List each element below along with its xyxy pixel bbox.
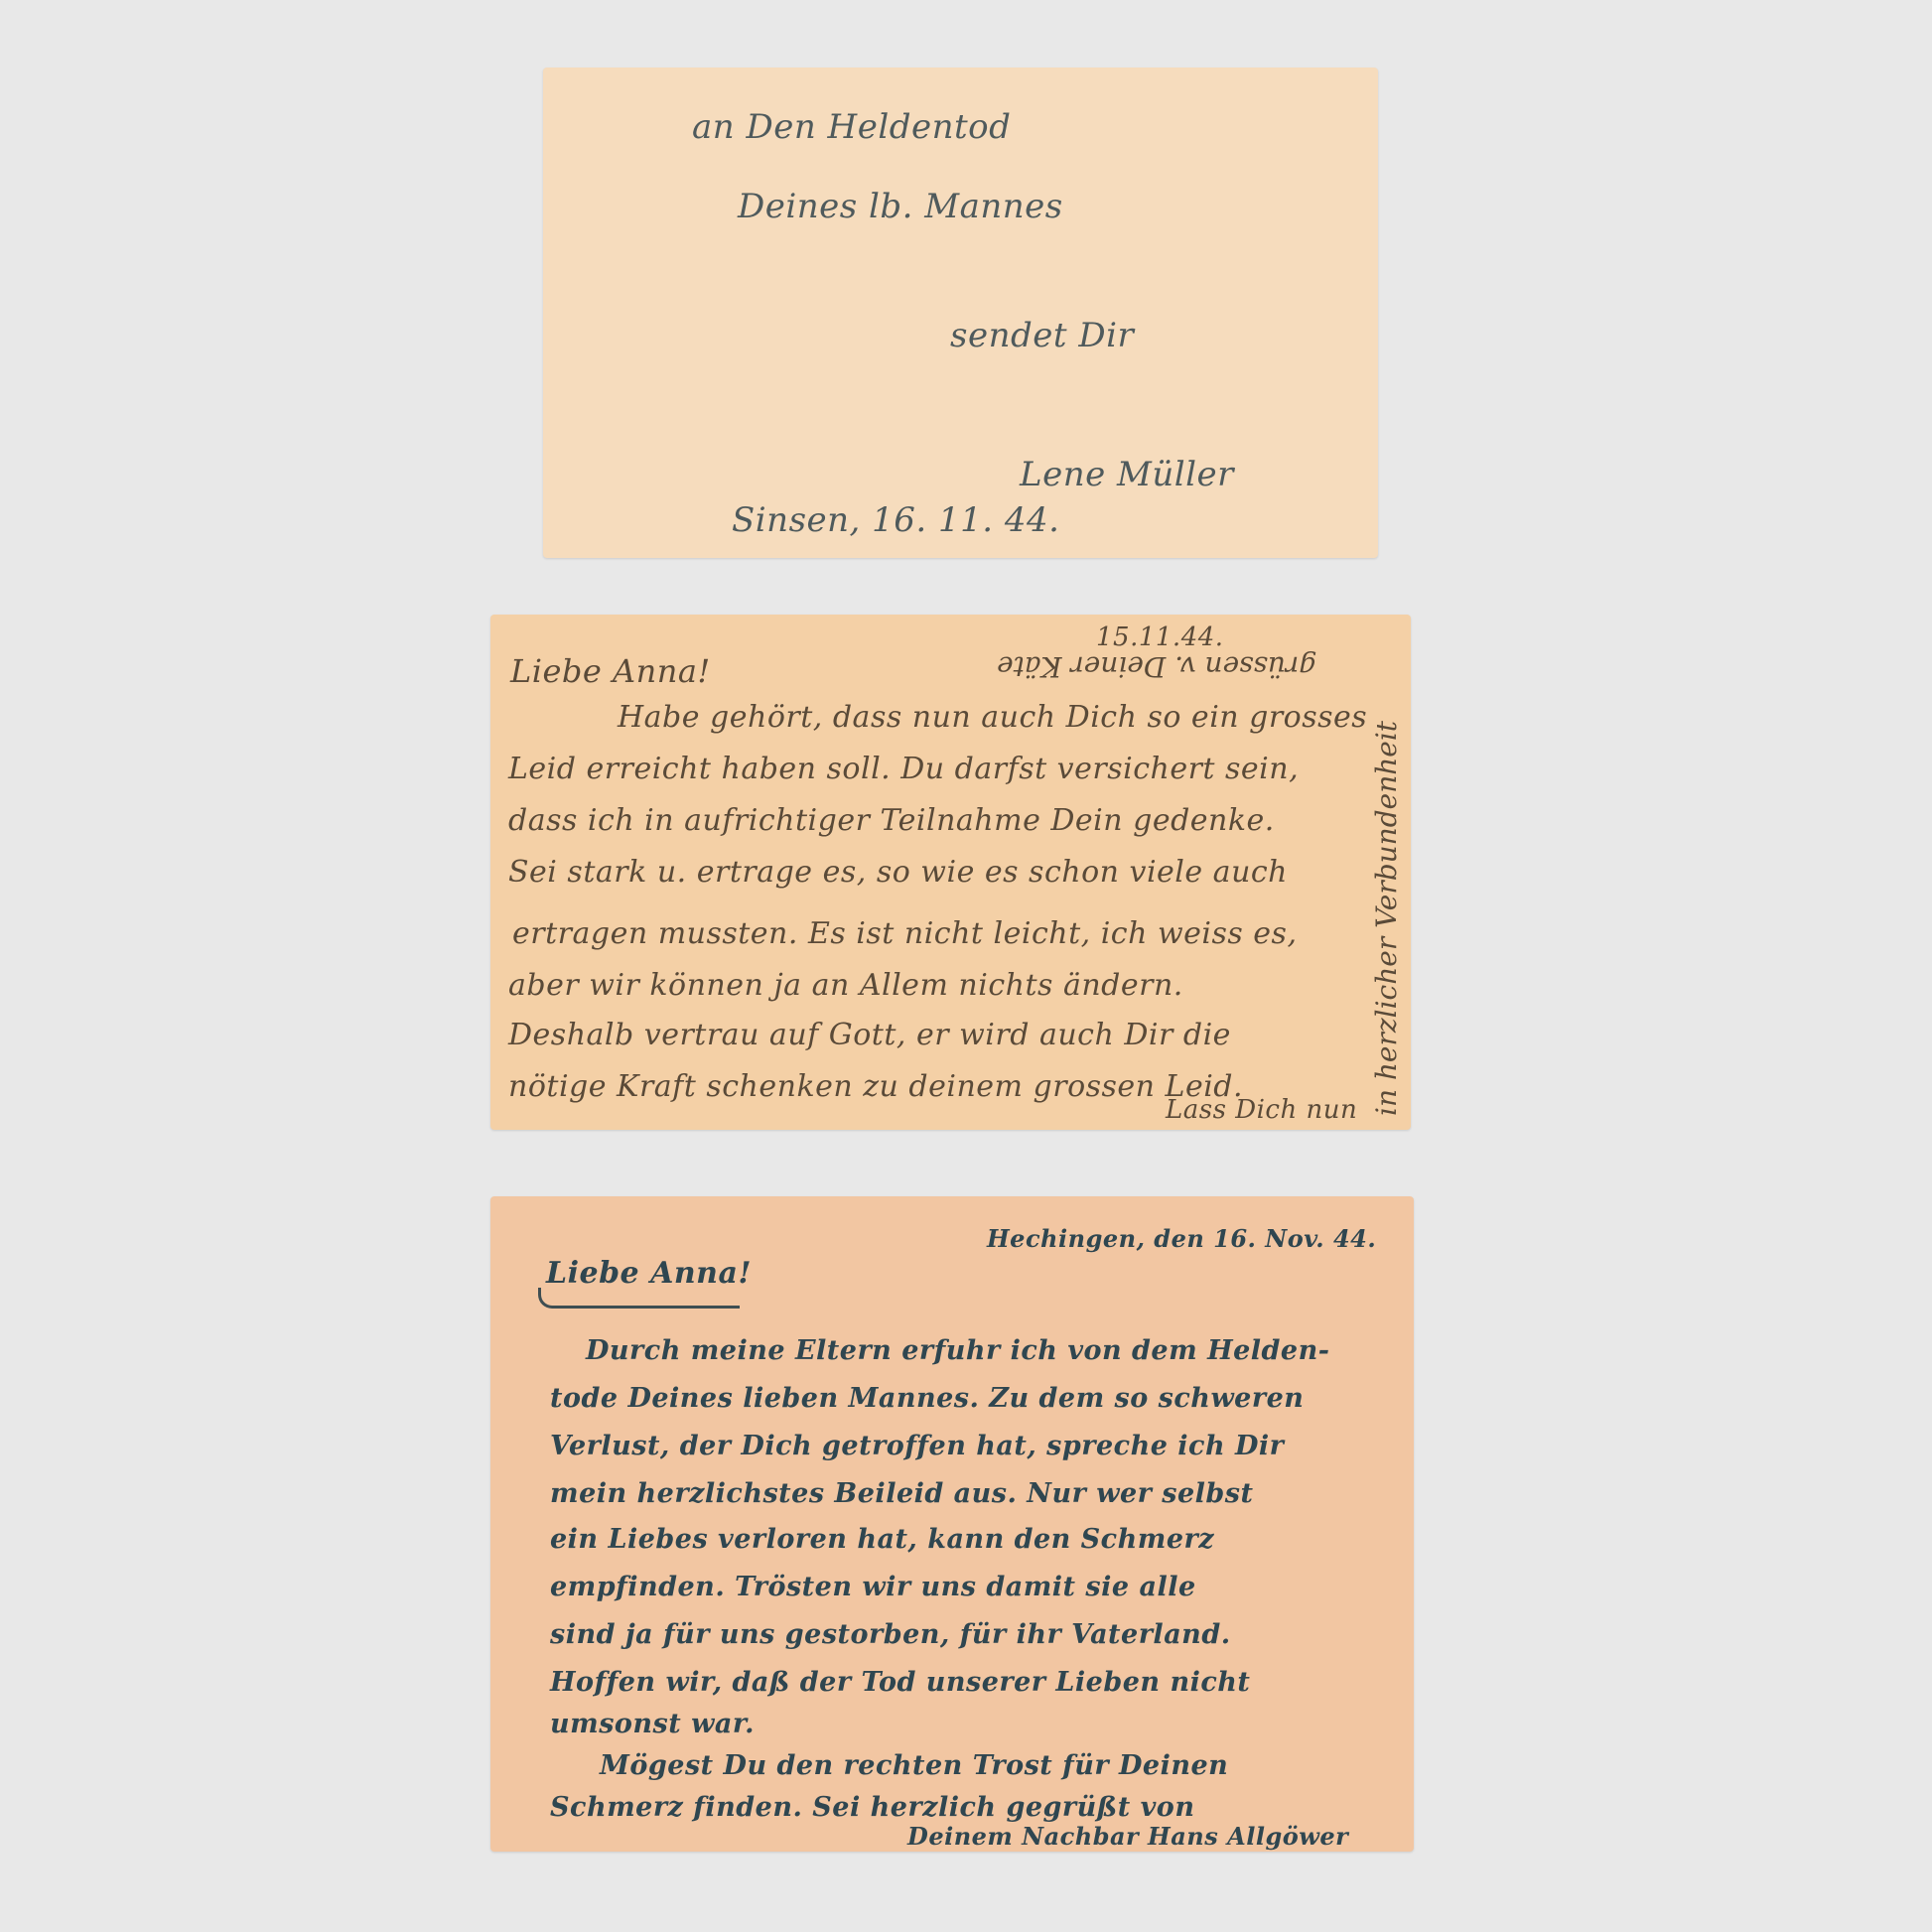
card3-signature: Deinem Nachbar Hans Allgöwer (907, 1822, 1348, 1851)
card2-body-line: Sei stark u. ertrage es, so wie es schon… (508, 855, 1288, 890)
card3-body-line: empfinden. Trösten wir uns damit sie all… (550, 1572, 1196, 1602)
card1-line: Deines lb. Mannes (738, 187, 1063, 226)
card2-greeting: Liebe Anna! (510, 652, 711, 690)
card2-upside-down-note: grüssen v. Deiner Käte (997, 650, 1316, 683)
card3-body-line: sind ja für uns gestorben, für ihr Vater… (550, 1619, 1231, 1650)
card2-body-line: ertragen mussten. Es ist nicht leicht, i… (512, 916, 1298, 951)
card2-date: 15.11.44. (1096, 622, 1224, 652)
card3-greeting: Liebe Anna! (546, 1256, 752, 1291)
condolence-card-3: Hechingen, den 16. Nov. 44. Liebe Anna! … (490, 1196, 1414, 1852)
card2-body-line: aber wir können ja an Allem nichts änder… (508, 968, 1183, 1003)
card2-body-line: dass ich in aufrichtiger Teilnahme Dein … (508, 803, 1275, 838)
card1-line: an Den Heldentod (692, 107, 1011, 147)
card3-body-line: Hoffen wir, daß der Tod unserer Lieben n… (550, 1667, 1250, 1698)
card3-body-line: Schmerz finden. Sei herzlich gegrüßt von (550, 1792, 1194, 1823)
card2-closing: Lass Dich nun (1166, 1095, 1357, 1125)
card3-body-line: tode Deines lieben Mannes. Zu dem so sch… (550, 1383, 1304, 1414)
card2-body-line: Habe gehört, dass nun auch Dich so ein g… (618, 700, 1367, 735)
card1-signature: Lene Müller (1020, 455, 1234, 494)
card1-place-date: Sinsen, 16. 11. 44. (732, 500, 1059, 540)
card3-body-line: Verlust, der Dich getroffen hat, spreche… (550, 1431, 1284, 1461)
condolence-card-2: Liebe Anna! 15.11.44. grüssen v. Deiner … (490, 615, 1411, 1130)
card2-body-line: nötige Kraft schenken zu deinem grossen … (508, 1069, 1243, 1104)
card3-body-line: Mögest Du den rechten Trost für Deinen (600, 1750, 1228, 1781)
card3-body-line: mein herzlichstes Beileid aus. Nur wer s… (550, 1478, 1253, 1509)
card3-body-line: ein Liebes verloren hat, kann den Schmer… (550, 1524, 1214, 1555)
card2-margin-note: in herzlicher Verbundenheit (1370, 721, 1403, 1116)
card3-body-line: Durch meine Eltern erfuhr ich von dem He… (586, 1335, 1329, 1366)
condolence-card-1: an Den Heldentod Deines lb. Mannes sende… (543, 68, 1378, 558)
card3-place-date: Hechingen, den 16. Nov. 44. (987, 1224, 1376, 1253)
card2-body-line: Leid erreicht haben soll. Du darfst vers… (508, 752, 1299, 786)
card3-body-line: umsonst war. (550, 1709, 755, 1739)
card1-line: sendet Dir (950, 316, 1134, 355)
greeting-underline-flourish (538, 1288, 740, 1309)
card2-body-line: Deshalb vertrau auf Gott, er wird auch D… (508, 1018, 1231, 1052)
